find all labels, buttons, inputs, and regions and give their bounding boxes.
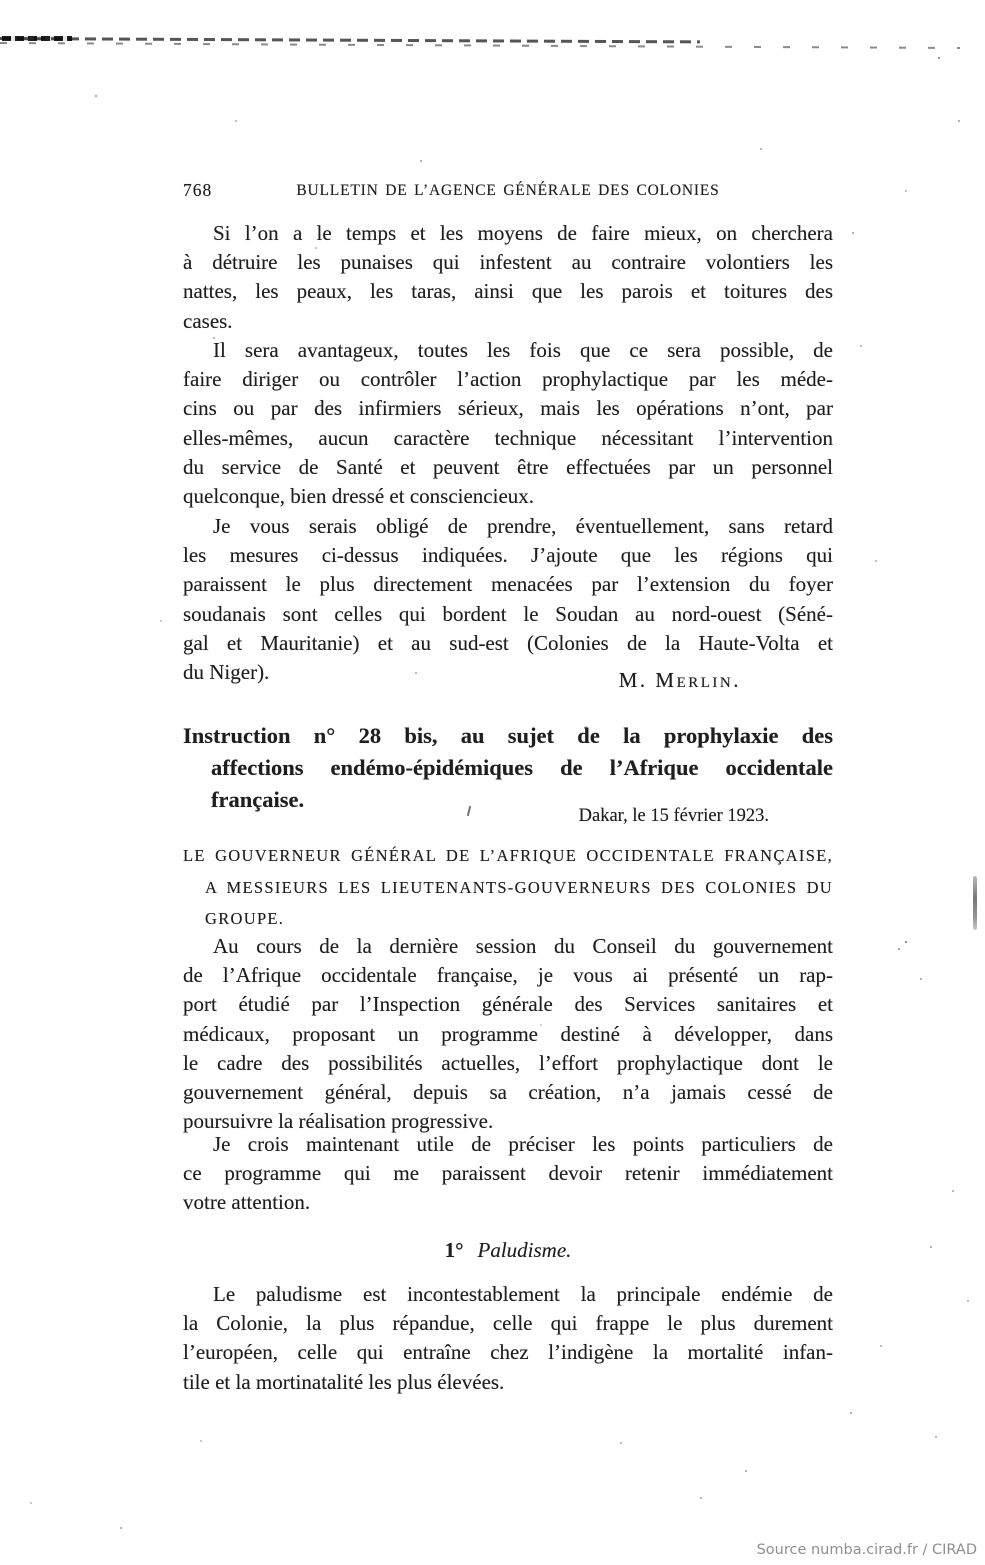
scanned-document-page: 768 BULLETIN DE L’AGENCE GÉNÉRALE DES CO… <box>0 0 985 1565</box>
text-line: du service de Santé et peuvent être effe… <box>183 453 833 482</box>
dateline: Dakar, le 15 février 1923. <box>183 806 833 827</box>
text-line: LE GOUVERNEUR GÉNÉRAL DE L’AFRIQUE OCCID… <box>183 840 833 872</box>
text-line: Le paludisme est incontestablement la pr… <box>183 1280 833 1309</box>
paragraph-mesures: Je vous serais obligé de prendre, éventu… <box>183 512 833 687</box>
text-line: gal et Mauritanie) et au sud-est (Coloni… <box>183 629 833 658</box>
text-line: médicaux, proposant un programme destiné… <box>183 1020 833 1049</box>
paragraph-paludisme: Le paludisme est incontestablement la pr… <box>183 1280 833 1397</box>
text-line: elles-mêmes, aucun caractère technique n… <box>183 424 833 453</box>
text-line: quelconque, bien dressé et consciencieux… <box>183 482 833 511</box>
text-line: cins ou par des infirmiers sérieux, mais… <box>183 394 833 423</box>
text-line: à détruire les punaises qui infestent au… <box>183 248 833 277</box>
text-line: GROUPE. <box>183 903 833 935</box>
text-line: Je vous serais obligé de prendre, éventu… <box>183 512 833 541</box>
text-line: l’européen, celle qui entraîne chez l’in… <box>183 1338 833 1367</box>
page-header: 768 BULLETIN DE L’AGENCE GÉNÉRALE DES CO… <box>183 180 833 204</box>
page-number: 768 <box>183 180 212 201</box>
text-line: port étudié par l’Inspection générale de… <box>183 990 833 1019</box>
text-line: nattes, les peaux, les taras, ainsi que … <box>183 277 833 306</box>
text-line: tile et la mortinatalité les plus élevée… <box>183 1368 833 1397</box>
text-line: votre attention. <box>183 1188 833 1217</box>
text-line: Si l’on a le temps et les moyens de fair… <box>183 219 833 248</box>
text-line: affections endémo-épidémiques de l’Afriq… <box>183 752 833 784</box>
scan-edge-mark <box>973 876 977 930</box>
text-line: ce programme qui me paraissent devoir re… <box>183 1159 833 1188</box>
scan-scratch-line <box>0 42 960 49</box>
section-title: Paludisme. <box>478 1238 572 1262</box>
text-line: Instruction n° 28 bis, au sujet de la pr… <box>183 720 833 752</box>
text-line: Il sera avantageux, toutes les fois que … <box>183 336 833 365</box>
salutation-gouverneur: LE GOUVERNEUR GÉNÉRAL DE L’AFRIQUE OCCID… <box>183 840 833 935</box>
text-line: faire diriger ou contrôler l’action prop… <box>183 365 833 394</box>
paragraph-avantageux: Il sera avantageux, toutes les fois que … <box>183 336 833 511</box>
section-heading-paludisme: 1°Paludisme. <box>183 1238 833 1263</box>
paragraph-punaises: Si l’on a le temps et les moyens de fair… <box>183 219 833 336</box>
section-number: 1° <box>445 1238 464 1262</box>
source-credit: Source numba.cirad.fr / CIRAD <box>757 1542 977 1558</box>
text-line: Au cours de la dernière session du Conse… <box>183 932 833 961</box>
text-line: les mesures ci-dessus indiquées. J’ajout… <box>183 541 833 570</box>
instruction-heading: Instruction n° 28 bis, au sujet de la pr… <box>183 720 833 816</box>
text-line: cases. <box>183 307 833 336</box>
text-line: gouvernement général, depuis sa création… <box>183 1078 833 1107</box>
paragraph-je-crois: Je crois maintenant utile de préciser le… <box>183 1130 833 1218</box>
running-title: BULLETIN DE L’AGENCE GÉNÉRALE DES COLONI… <box>183 180 833 200</box>
text-line: soudanais sont celles qui bordent le Sou… <box>183 600 833 629</box>
paragraph-au-cours: Au cours de la dernière session du Conse… <box>183 932 833 1136</box>
scan-speckles <box>0 0 2 2</box>
text-line: A MESSIEURS LES LIEUTENANTS-GOUVERNEURS … <box>183 872 833 904</box>
text-line: la Colonie, la plus répandue, celle qui … <box>183 1309 833 1338</box>
signature-merlin: M. Merlin. <box>183 668 833 693</box>
scan-scratch-line <box>2 36 72 41</box>
text-line: paraissent le plus directement menacées … <box>183 570 833 599</box>
text-line: le cadre des possibilités actuelles, l’e… <box>183 1049 833 1078</box>
text-line: Je crois maintenant utile de préciser le… <box>183 1130 833 1159</box>
text-line: de l’Afrique occidentale française, je v… <box>183 961 833 990</box>
